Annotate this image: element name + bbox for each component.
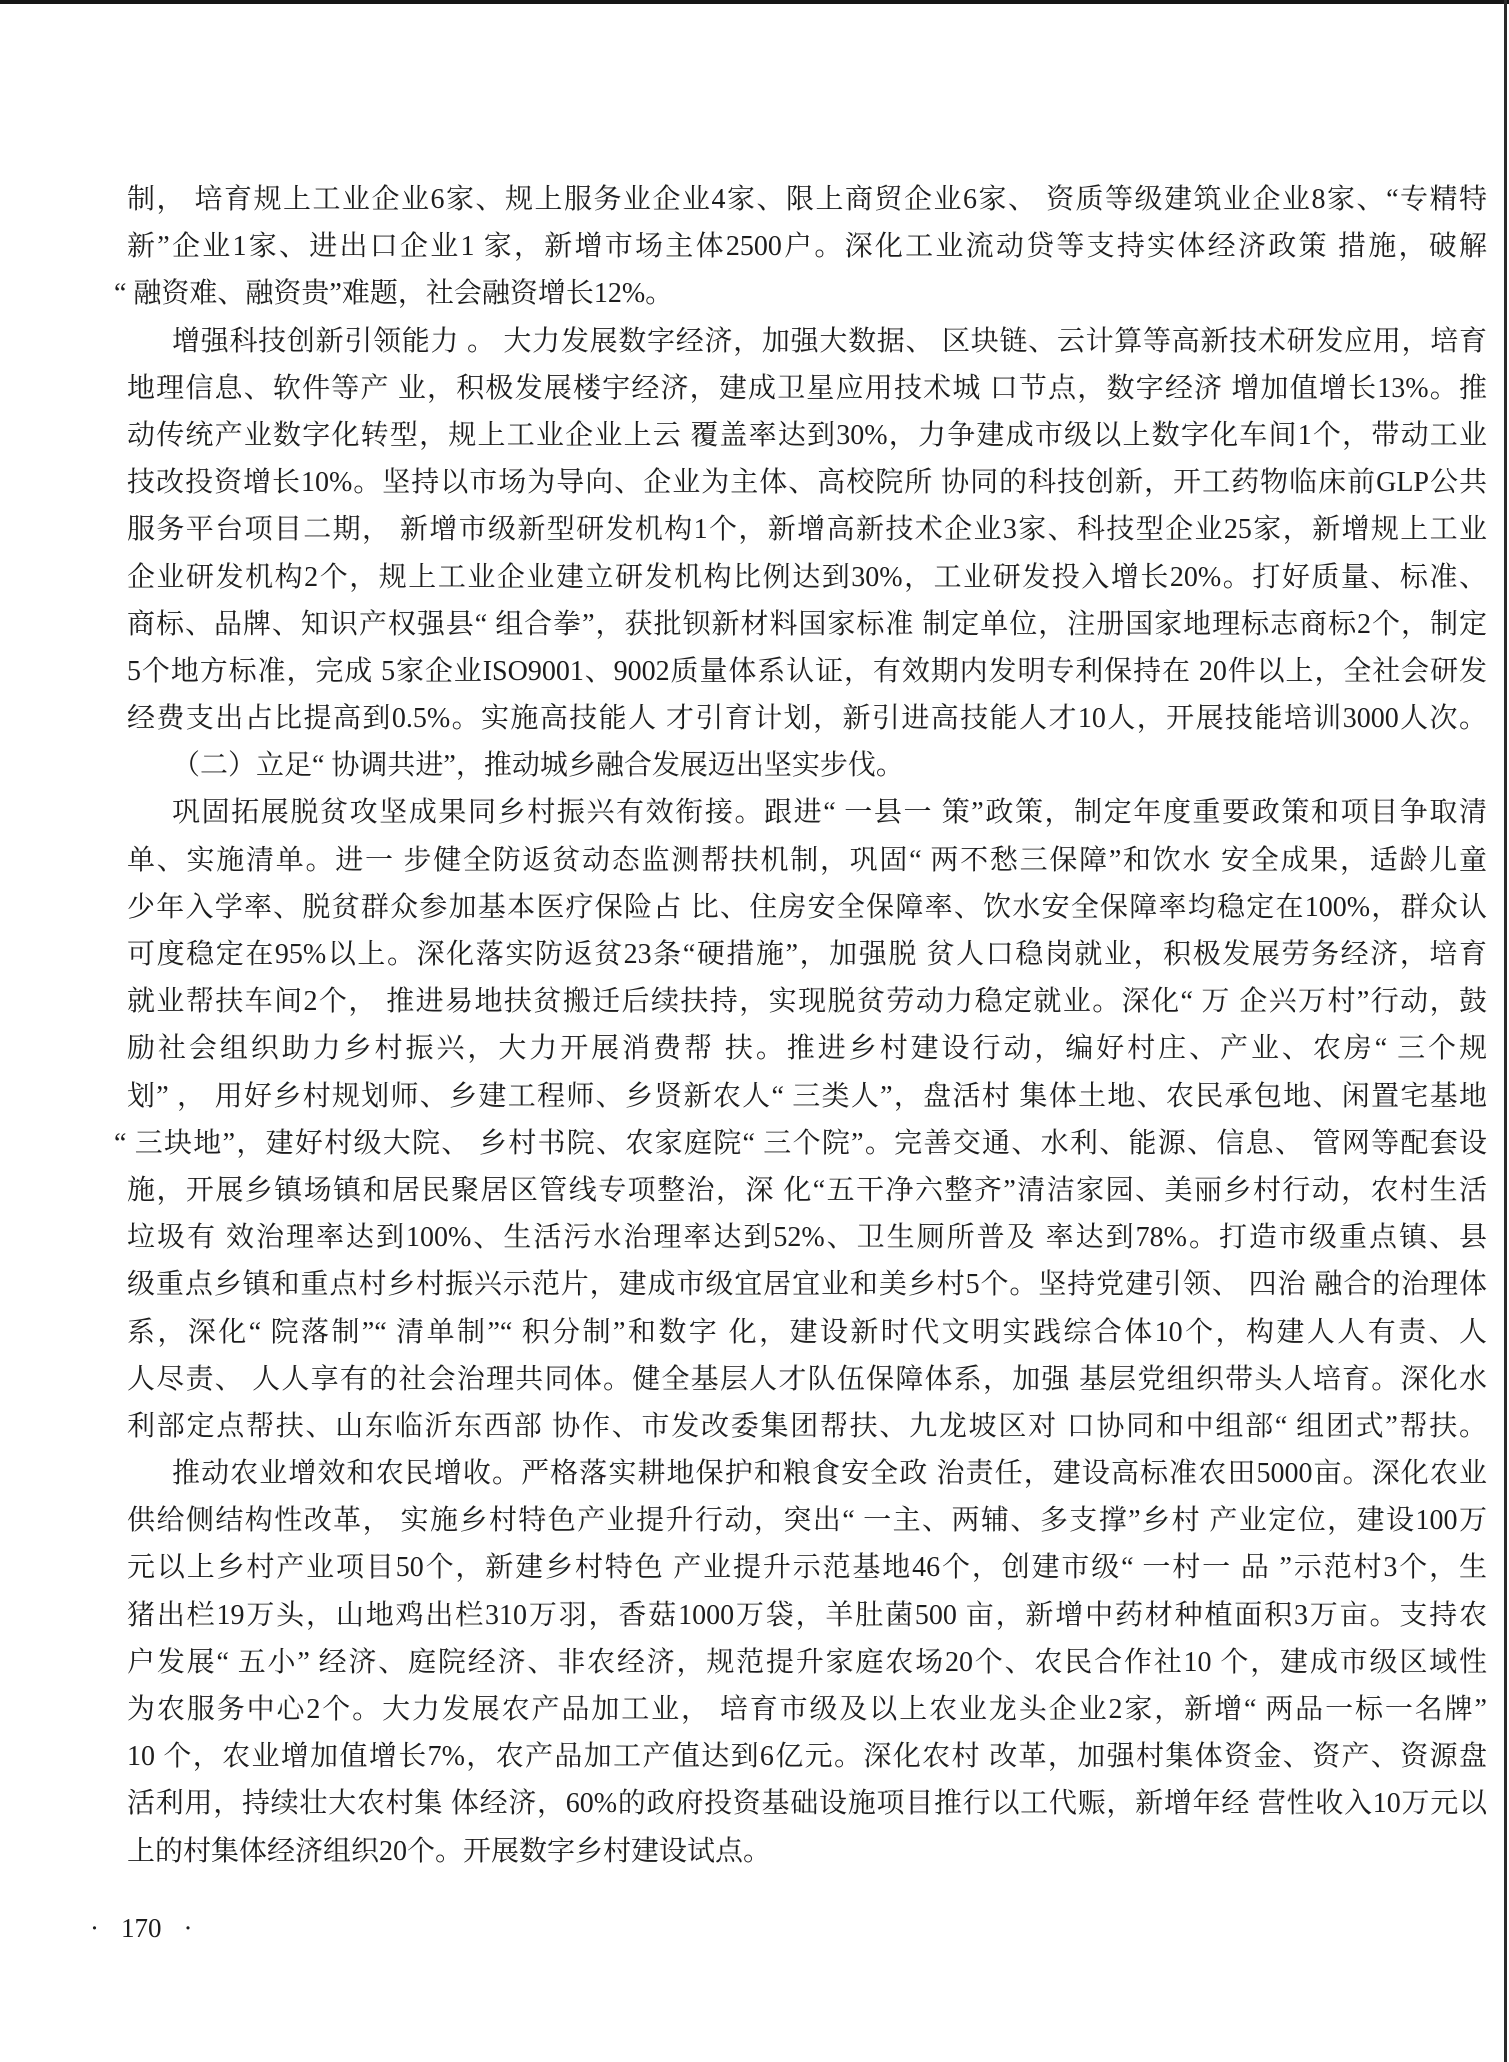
text-line: 10 个，农业增加值增长7%，农产品加工产值达到6亿元。深化农村 改革，加强村集…: [127, 1733, 1487, 1780]
text-line: 为农服务中心2个。大力发展农产品加工业， 培育市级及以上农业龙头企业2家，新增“…: [127, 1686, 1487, 1733]
text-line: 单、实施清单。进一 步健全防返贫动态监测帮扶机制，巩固“ 两不愁三保障”和饮水 …: [127, 837, 1487, 884]
text-line: 增强科技创新引领能力 。 大力发展数字经济，加强大数据、 区块链、云计算等高新技…: [127, 318, 1487, 365]
text-line: 巩固拓展脱贫攻坚成果同乡村振兴有效衔接。跟进“ 一县一 策”政策，制定年度重要政…: [127, 789, 1487, 836]
text-line: 企业研发机构2个，规上工业企业建立研发机构比例达到30%，工业研发投入增长20%…: [127, 554, 1487, 601]
scan-edge-top: [0, 0, 1509, 4]
text-line: 划” ， 用好乡村规划师、乡建工程师、乡贤新农人“ 三类人”，盘活村 集体土地、…: [127, 1073, 1487, 1120]
text-line: 动传统产业数字化转型，规上工业企业上云 覆盖率达到30%，力争建成市级以上数字化…: [127, 412, 1487, 459]
text-line: 系，深化“ 院落制”“ 清单制”“ 积分制”和数字 化，建设新时代文明实践综合体…: [127, 1309, 1487, 1356]
text-line: 垃圾有 效治理率达到100%、生活污水治理率达到52%、卫生厕所普及 率达到78…: [127, 1214, 1487, 1261]
page-number-left-dot: ·: [90, 1908, 99, 1948]
text-line: 新”企业1家、进出口企业1 家，新增市场主体2500户。深化工业流动贷等支持实体…: [127, 223, 1487, 270]
text-line: 服务平台项目二期， 新增市级新型研发机构1个，新增高新技术企业3家、科技型企业2…: [127, 506, 1487, 553]
text-line: 活利用，持续壮大农村集 体经济，60%的政府投资基础设施项目推行以工代赈，新增年…: [127, 1780, 1487, 1827]
text-line: 技改投资增长10%。坚持以市场为导向、企业为主体、高校院所 协同的科技创新，开工…: [127, 459, 1487, 506]
document-page: 制， 培育规上工业企业6家、规上服务业企业4家、限上商贸企业6家、 资质等级建筑…: [0, 0, 1509, 2062]
section-heading-line: （二）立足“ 协调共进”，推动城乡融合发展迈出坚实步伐。: [127, 742, 1487, 789]
page-number-value: 170: [121, 1908, 162, 1948]
text-line: 就业帮扶车间2个， 推进易地扶贫搬迁后续扶持，实现脱贫劳动力稳定就业。深化“ 万…: [127, 978, 1487, 1025]
text-line: 推动农业增效和农民增收。严格落实耕地保护和粮食安全政 治责任，建设高标准农田50…: [127, 1450, 1487, 1497]
text-line: 人尽责、 人人享有的社会治理共同体。健全基层人才队伍保障体系，加强 基层党组织带…: [127, 1356, 1487, 1403]
text-line: 励社会组织助力乡村振兴，大力开展消费帮 扶。推进乡村建设行动，编好村庄、产业、农…: [127, 1025, 1487, 1072]
scan-edge-right: [1504, 0, 1507, 2062]
text-line: 利部定点帮扶、山东临沂东西部 协作、市发改委集团帮扶、九龙坡区对 口协同和中组部…: [127, 1403, 1487, 1450]
text-line: 商标、品牌、知识产权强县“ 组合拳”，获批钡新材料国家标准 制定单位，注册国家地…: [127, 601, 1487, 648]
text-line: 5个地方标准，完成 5家企业ISO9001、9002质量体系认证，有效期内发明专…: [127, 648, 1487, 695]
text-line: 少年入学率、脱贫群众参加基本医疗保险占 比、住房安全保障率、饮水安全保障率均稳定…: [127, 884, 1487, 931]
text-line: “ 融资难、融资贵”难题，社会融资增长12%。: [114, 270, 1487, 317]
page-body-text: 制， 培育规上工业企业6家、规上服务业企业4家、限上商贸企业6家、 资质等级建筑…: [127, 176, 1487, 1875]
text-line: 元以上乡村产业项目50个，新建乡村特色 产业提升示范基地46个，创建市级“ 一村…: [127, 1544, 1487, 1591]
text-line: “ 三块地”，建好村级大院、 乡村书院、农家庭院“ 三个院”。完善交通、水利、能…: [114, 1120, 1487, 1167]
text-line: 地理信息、软件等产 业，积极发展楼宇经济，建成卫星应用技术城 口节点，数字经济 …: [127, 365, 1487, 412]
text-line: 制， 培育规上工业企业6家、规上服务业企业4家、限上商贸企业6家、 资质等级建筑…: [127, 176, 1487, 223]
page-number: · 170 ·: [90, 1908, 193, 1948]
text-line: 猪出栏19万头，山地鸡出栏310万羽，香菇1000万袋，羊肚菌500 亩，新增中…: [127, 1592, 1487, 1639]
text-line: 户发展“ 五小” 经济、庭院经济、非农经济，规范提升家庭农场20个、农民合作社1…: [127, 1639, 1487, 1686]
text-line: 施，开展乡镇场镇和居民聚居区管线专项整治，深 化“五干净六整齐”清洁家园、美丽乡…: [127, 1167, 1487, 1214]
text-line: 级重点乡镇和重点村乡村振兴示范片，建成市级宜居宜业和美乡村5个。坚持党建引领、 …: [127, 1261, 1487, 1308]
page-number-right-dot: ·: [184, 1908, 193, 1948]
text-line: 供给侧结构性改革， 实施乡村特色产业提升行动，突出“ 一主、两辅、多支撑”乡村 …: [127, 1497, 1487, 1544]
text-line: 经费支出占比提高到0.5%。实施高技能人 才引育计划，新引进高技能人才10人，开…: [127, 695, 1487, 742]
text-line: 上的村集体经济组织20个。开展数字乡村建设试点。: [127, 1828, 1487, 1875]
text-line: 可度稳定在95%以上。深化落实防返贫23条“硬措施”，加强脱 贫人口稳岗就业，积…: [127, 931, 1487, 978]
